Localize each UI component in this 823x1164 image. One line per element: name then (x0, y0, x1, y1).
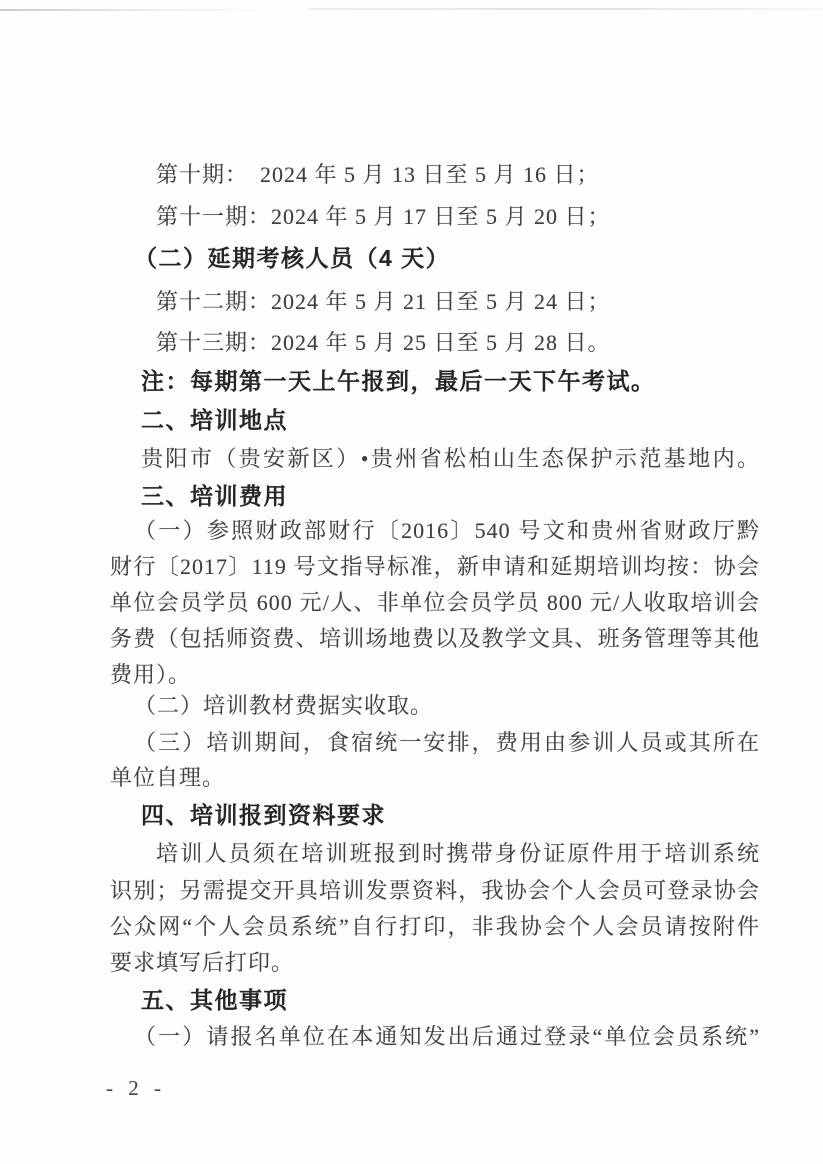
line-lodging-2: 单位自理。 (110, 764, 760, 791)
line-fees-5: 费用）。 (110, 661, 760, 688)
page-number: - 2 - (106, 1076, 166, 1101)
scan-artifact-line (0, 9, 262, 11)
scan-artifact-line (308, 8, 823, 10)
heading-training-fees: 三、培训费用 (110, 483, 760, 510)
line-session-13: 第十三期：2024 年 5 月 25 日至 5 月 28 日。 (110, 329, 760, 356)
heading-other-matters: 五、其他事项 (110, 987, 760, 1014)
heading-registration-materials: 四、培训报到资料要求 (110, 802, 760, 829)
heading-training-location: 二、培训地点 (110, 407, 760, 434)
scanned-document-page: 第十期： 2024 年 5 月 13 日至 5 月 16 日； 第十一期：202… (0, 0, 823, 1164)
line-training-location: 贵阳市（贵安新区）•贵州省松柏山生态保护示范基地内。 (110, 445, 760, 472)
line-registration-1: 培训人员须在培训班报到时携带身份证原件用于培训系统 (110, 840, 760, 867)
line-registration-4: 要求填写后打印。 (110, 949, 760, 976)
note-checkin-exam: 注：每期第一天上午报到，最后一天下午考试。 (110, 368, 760, 395)
line-session-10: 第十期： 2024 年 5 月 13 日至 5 月 16 日； (110, 161, 760, 188)
line-session-11: 第十一期：2024 年 5 月 17 日至 5 月 20 日； (110, 203, 760, 230)
line-textbook-fee: （二）培训教材费据实收取。 (110, 692, 760, 719)
line-session-12: 第十二期：2024 年 5 月 21 日至 5 月 24 日； (110, 288, 760, 315)
line-fees-4: 务费（包括师资费、培训场地费以及教学文具、班务管理等其他 (110, 625, 760, 652)
line-lodging-1: （三）培训期间，食宿统一安排，费用由参训人员或其所在 (110, 729, 760, 756)
line-registration-3: 公众网“个人会员系统”自行打印，非我协会个人会员请按附件 (110, 913, 760, 940)
line-fees-2: 财行〔2017〕119 号文指导标准，新申请和延期培训均按：协会 (110, 553, 760, 580)
heading-deferred-assessment: （二）延期考核人员（4 天） (110, 245, 760, 272)
line-fees-1: （一）参照财政部财行〔2016〕540 号文和贵州省财政厅黔 (110, 517, 760, 544)
line-fees-3: 单位会员学员 600 元/人、非单位会员学员 800 元/人收取培训会 (110, 589, 760, 616)
line-registration-2: 识别；另需提交开具培训发票资料，我协会个人会员可登录协会 (110, 877, 760, 904)
line-other-matters-1: （一）请报名单位在本通知发出后通过登录“单位会员系统” (110, 1023, 760, 1050)
